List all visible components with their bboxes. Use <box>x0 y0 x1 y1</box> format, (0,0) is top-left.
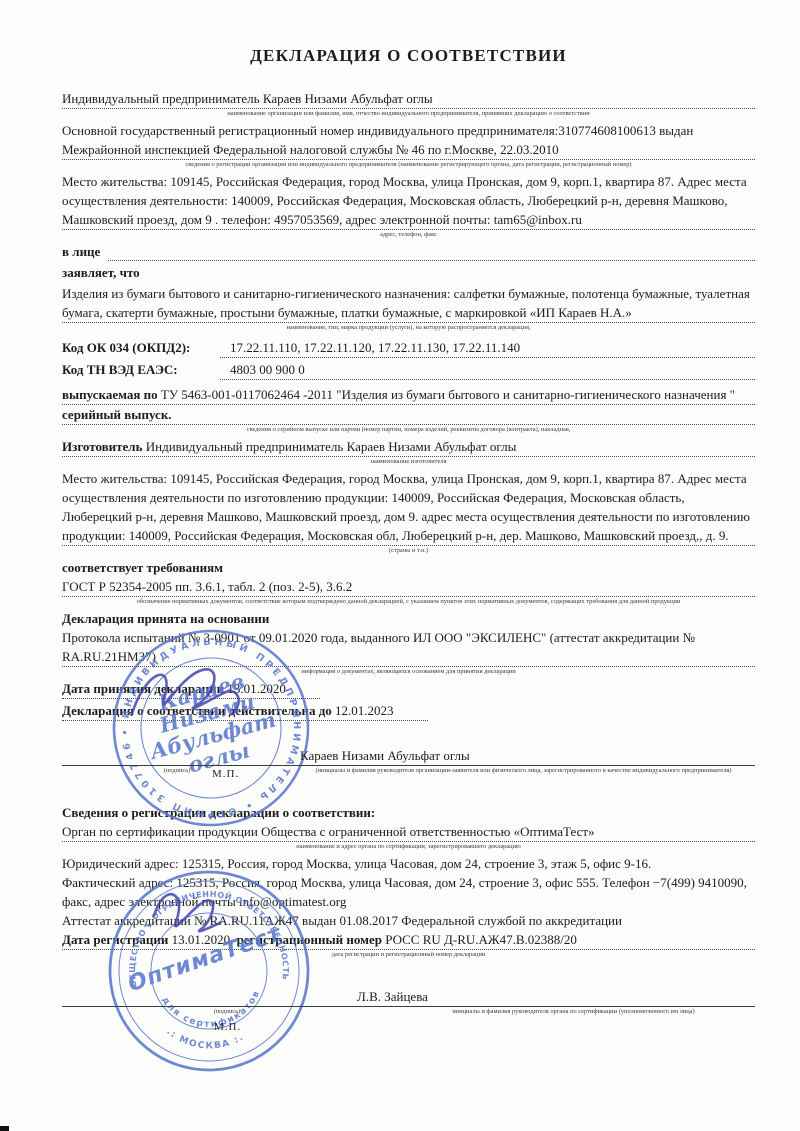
standards-section: ГОСТ Р 52354-2005 пп. 3.6.1, табл. 2 (по… <box>62 577 755 606</box>
product-description-note: наименование, тип, марка продукции (услу… <box>62 323 755 332</box>
tnved-label: Код ТН ВЭД ЕАЭС: <box>62 360 220 380</box>
applicant-name-note: наименование организации или фамилия, им… <box>62 109 755 118</box>
registration-date-value: 13.01.2020, <box>172 932 234 947</box>
declaration-document: ДЕКЛАРАЦИЯ О СООТВЕТСТВИИ Индивидуальный… <box>0 0 800 1131</box>
product-section: Изделия из бумаги бытового и санитарно-г… <box>62 284 755 332</box>
basis-text: Протокола испытаний № 3-0901 от 09.01.20… <box>62 628 755 667</box>
applicant-signatory-name: Караев Низами Абульфат оглы <box>300 746 470 765</box>
basis-note: информация о документах, являющихся осно… <box>62 667 755 676</box>
applicant-address-section: Место жительства: 109145, Российская Фед… <box>62 172 755 239</box>
page-title: ДЕКЛАРАЦИЯ О СООТВЕТСТВИИ <box>62 46 755 65</box>
legal-address: Юридический адрес: 125315, Россия, город… <box>62 854 755 873</box>
certifier-signature-line: Л.В. Зайцева <box>62 989 755 1007</box>
applicant-registration-section: Основной государственный регистрационный… <box>62 121 755 169</box>
okpd2-label: Код ОК 034 (ОКПД2): <box>62 338 220 358</box>
tu-text: ТУ 5463-001-0117062464 -2011 "Изделия из… <box>161 387 735 402</box>
adoption-date-label: Дата принятия декларации <box>62 681 224 696</box>
declares-label: заявляет, что <box>62 263 755 282</box>
adoption-date-value: 13.01.2020 <box>227 681 286 696</box>
tu-label: выпускаемая по <box>62 387 158 402</box>
okpd2-value: 17.22.11.110, 17.22.11.120, 17.22.11.130… <box>220 338 755 358</box>
conformity-heading: соответствует требованиям <box>62 558 755 577</box>
in-person-row: в лице <box>62 242 755 261</box>
certification-body: Орган по сертификации продукции Общества… <box>62 822 755 842</box>
registration-date-line: Дата регистрации 13.01.2020, регистрацио… <box>62 930 755 950</box>
manufacturer-section: Изготовитель Индивидуальный предпринимат… <box>62 437 755 466</box>
product-codes: Код ОК 034 (ОКПД2): 17.22.11.110, 17.22.… <box>62 338 755 380</box>
serial-note: сведения о серийном выпуске или партии (… <box>62 425 755 434</box>
applicant-name: Индивидуальный предприниматель Караев Ни… <box>62 89 755 109</box>
scan-corner-artifact <box>0 1126 9 1131</box>
applicant-address-note: адрес, телефон, факс <box>62 230 755 239</box>
applicant-signature-notes: (подпись) (инициалы и фамилия руководите… <box>62 766 755 775</box>
serial-text: серийный выпуск. <box>62 405 755 425</box>
applicant-name-section: Индивидуальный предприниматель Караев Ни… <box>62 89 755 118</box>
certifier-sign-note: (подпись) <box>62 1007 392 1016</box>
basis-section: Протокола испытаний № 3-0901 от 09.01.20… <box>62 628 755 676</box>
certifier-signatory-note: инициалы и фамилия руководителя органа п… <box>392 1007 755 1016</box>
actual-address: Фактический адрес: 125315, Россия, город… <box>62 873 755 911</box>
valid-until-line: Декларация о соответствии действительна … <box>62 701 428 721</box>
certification-body-section: Орган по сертификации продукции Общества… <box>62 822 755 851</box>
applicant-stamp-place-label: М.П. <box>212 765 239 784</box>
certifier-stamp-place-label: М.П. <box>214 1018 241 1037</box>
manufacturer-name-note: наименование изготовителя <box>62 457 755 466</box>
tnved-row: Код ТН ВЭД ЕАЭС: 4803 00 900 0 <box>62 360 755 380</box>
applicant-signature-row: Караев Низами Абульфат оглы (подпись) (и… <box>62 721 755 775</box>
tnved-value: 4803 00 900 0 <box>220 360 755 380</box>
registration-date-note: дата регистрации и регистрационный номер… <box>62 950 755 959</box>
serial-section: серийный выпуск. сведения о серийном вып… <box>62 405 755 434</box>
standards-text: ГОСТ Р 52354-2005 пп. 3.6.1, табл. 2 (по… <box>62 577 755 597</box>
manufacturer-address-section: Место жительства: 109145, Российская Фед… <box>62 469 755 555</box>
registration-date-section: Дата регистрации 13.01.2020, регистрацио… <box>62 930 755 959</box>
adoption-date-line: Дата принятия декларации 13.01.2020 <box>62 679 320 699</box>
certifier-signature-notes: (подпись) инициалы и фамилия руководител… <box>62 1007 755 1016</box>
applicant-sign-note: (подпись) <box>62 766 292 775</box>
tu-line: выпускаемая по ТУ 5463-001-0117062464 -2… <box>62 385 755 405</box>
certifier-signatory-name: Л.В. Зайцева <box>357 987 428 1006</box>
basis-heading: Декларация принята на основании <box>62 609 755 628</box>
manufacturer-label: Изготовитель <box>62 439 142 454</box>
registration-number-label: регистрационный номер <box>237 932 382 947</box>
certifier-signature-block: ОБЩЕСТВО С ОГРАНИЧЕННОЙ ОТВЕТСТВЕННОСТЬЮ… <box>62 962 755 1122</box>
valid-until-value: 12.01.2023 <box>335 703 394 718</box>
manufacturer-address-note: (страны и т.п.) <box>62 546 755 555</box>
product-description: Изделия из бумаги бытового и санитарно-г… <box>62 284 755 323</box>
manufacturer-address: Место жительства: 109145, Российская Фед… <box>62 469 755 546</box>
registration-heading: Сведения о регистрации декларации о соот… <box>62 803 755 822</box>
registration-date-label: Дата регистрации <box>62 932 168 947</box>
standards-note: обозначение нормативных документов, соот… <box>62 597 755 606</box>
applicant-registration-note: сведения о регистрации организации или и… <box>62 160 755 169</box>
applicant-signature-line: Караев Низами Абульфат оглы <box>62 748 755 766</box>
valid-until-label: Декларация о соответствии действительна … <box>62 703 332 718</box>
registration-number-value: РОСС RU Д-RU.АЖ47.В.02388/20 <box>385 932 577 947</box>
applicant-signatory-note: (инициалы и фамилия руководителя организ… <box>292 766 755 775</box>
in-person-label: в лице <box>62 242 100 261</box>
accreditation: Аттестат аккредитации № RA.RU.11АЖ47 выд… <box>62 911 755 930</box>
manufacturer-line: Изготовитель Индивидуальный предпринимат… <box>62 437 755 457</box>
applicant-registration: Основной государственный регистрационный… <box>62 121 755 160</box>
in-person-fill-line <box>108 245 755 261</box>
okpd2-row: Код ОК 034 (ОКПД2): 17.22.11.110, 17.22.… <box>62 338 755 358</box>
certification-body-note: наименование и адрес органа по сертифика… <box>62 842 755 851</box>
certifier-signature-row: Л.В. Зайцева (подпись) инициалы и фамили… <box>62 962 755 1016</box>
applicant-signature-block: • ИНДИВИДУАЛЬНЫЙ ПРЕДПРИНИМАТЕЛЬ • ОГРНИ… <box>62 721 755 803</box>
manufacturer-name: Индивидуальный предприниматель Караев Ни… <box>146 439 517 454</box>
applicant-address: Место жительства: 109145, Российская Фед… <box>62 172 755 230</box>
